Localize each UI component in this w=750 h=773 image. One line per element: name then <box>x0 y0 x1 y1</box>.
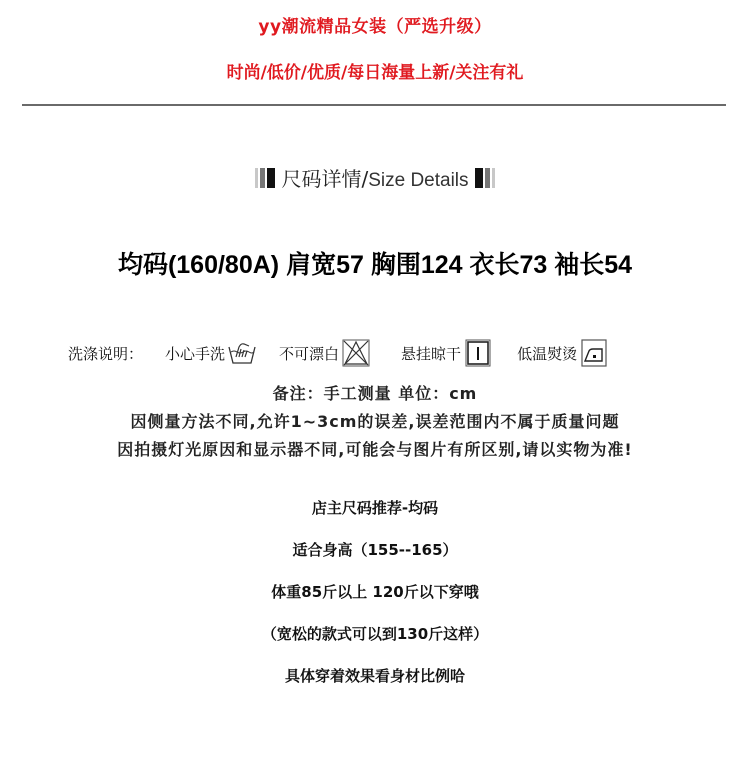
note-tolerance: 因侧量方法不同,允许1~3cm的误差,误差范围内不属于质量问题 <box>0 409 750 432</box>
no-bleach-icon <box>341 339 371 367</box>
recommendation-note: 具体穿着效果看身材比例哈 <box>0 665 750 686</box>
divider <box>22 104 726 106</box>
shop-slogan: 时尚/低价/优质/每日海量上新/关注有礼 <box>0 58 750 83</box>
section-heading-en: Size Details <box>368 170 468 191</box>
size-spec: 均码(160/80A) 肩宽57 胸围124 衣长73 袖长54 <box>0 245 750 281</box>
care-label: 洗涤说明： <box>68 343 143 364</box>
shop-title: yy潮流精品女装（严选升级） <box>0 12 750 37</box>
recommendation-size: 店主尺码推荐-均码 <box>0 497 750 518</box>
decorative-bars-left-icon <box>255 168 275 188</box>
hand-wash-icon <box>227 339 257 367</box>
recommendation-height: 适合身高（155--165） <box>0 539 750 560</box>
note-measurement: 备注：手工测量 单位：cm <box>0 381 750 404</box>
decorative-bars-right-icon <box>475 168 495 188</box>
recommendation-loose-fit: （宽松的款式可以到130斤这样） <box>0 623 750 644</box>
low-iron-icon <box>579 339 609 367</box>
note-color-difference: 因拍摄灯光原因和显示器不同,可能会与图片有所区别,请以实物为准! <box>0 437 750 460</box>
care-instructions: 洗涤说明： 小心手洗 不可漂白 悬挂晾干 低温熨烫 <box>68 337 688 369</box>
care-item-hang-dry: 悬挂晾干 <box>401 339 493 367</box>
section-heading-cn: 尺码详情/ <box>281 167 368 191</box>
care-item-hand-wash: 小心手洗 <box>165 339 257 367</box>
care-item-low-iron: 低温熨烫 <box>517 339 609 367</box>
recommendation-weight: 体重85斤以上 120斤以下穿哦 <box>0 581 750 602</box>
hang-dry-icon <box>463 339 493 367</box>
section-heading: 尺码详情/Size Details <box>0 163 750 192</box>
care-item-no-bleach: 不可漂白 <box>279 339 371 367</box>
